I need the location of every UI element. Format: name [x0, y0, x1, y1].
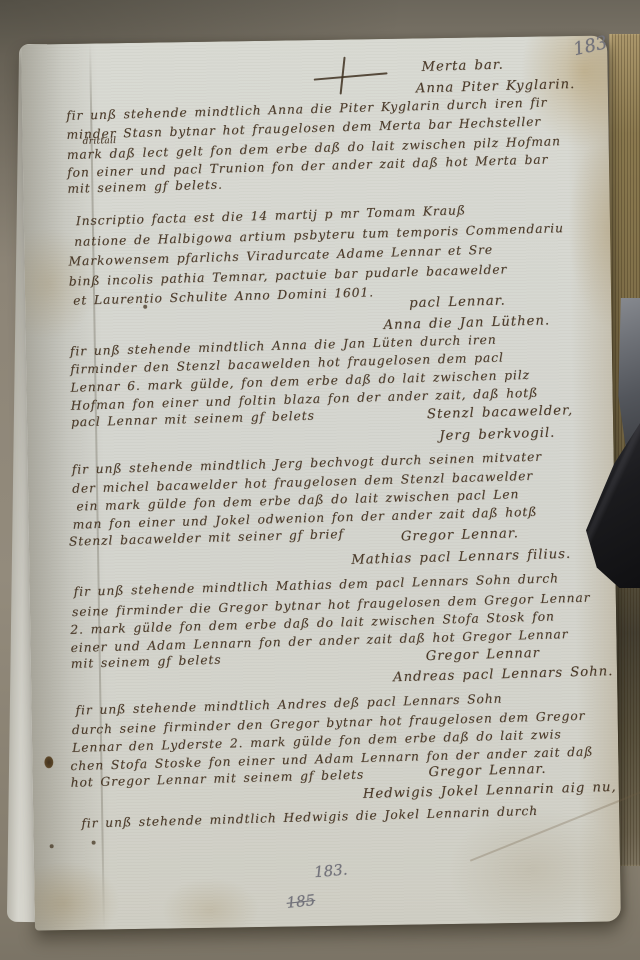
witness-name: Mathias pacl Lennars filius.: [351, 547, 571, 568]
entry-heading: Anna die Jan Lüthen.: [383, 313, 550, 333]
handwriting-layer: 183 Merta bar. Anna Piter Kyglarin. fir …: [21, 35, 621, 930]
manuscript-line: Inscriptio facta est die 14 martij p mr …: [76, 203, 466, 228]
manuscript-line: et Laurentio Schulite Anno Domini 1601.: [73, 285, 374, 307]
manuscript-line: fir unß stehende mindtlich Hedwigis die …: [81, 804, 538, 831]
witness-name: Gregor Lennar.: [428, 762, 546, 780]
witness-name: Hedwigis Jokel Lennarin aig nu,: [363, 780, 617, 802]
manuscript-line: mit seinem gf belets: [71, 653, 222, 671]
folio-number-top: 183: [571, 32, 609, 60]
witness-name: Gregor Lennar.: [401, 526, 519, 544]
photo-backdrop: 183 Merta bar. Anna Piter Kyglarin. fir …: [0, 0, 640, 960]
folio-number-struck: 185: [286, 891, 316, 912]
entry-heading: Merta bar.: [421, 58, 504, 75]
manuscript-page: 183 Merta bar. Anna Piter Kyglarin. fir …: [21, 35, 621, 930]
entry-heading: Anna Piter Kyglarin.: [416, 77, 576, 96]
witness-name: Andreas pacl Lennars Sohn.: [393, 664, 614, 685]
witness-name: Gregor Lennar: [426, 646, 541, 664]
manuscript-line: mit seinem gf belets.: [67, 178, 223, 196]
interlinear-note: drittail: [82, 136, 116, 147]
folio-number-bottom: 183.: [313, 861, 348, 882]
witness-name: Stenzl bacawelder,: [427, 403, 574, 422]
witness-name: Jerg berkvogil.: [439, 426, 555, 444]
ink-cross-mark: [314, 72, 388, 80]
entry-heading: pacl Lennar.: [409, 293, 506, 311]
